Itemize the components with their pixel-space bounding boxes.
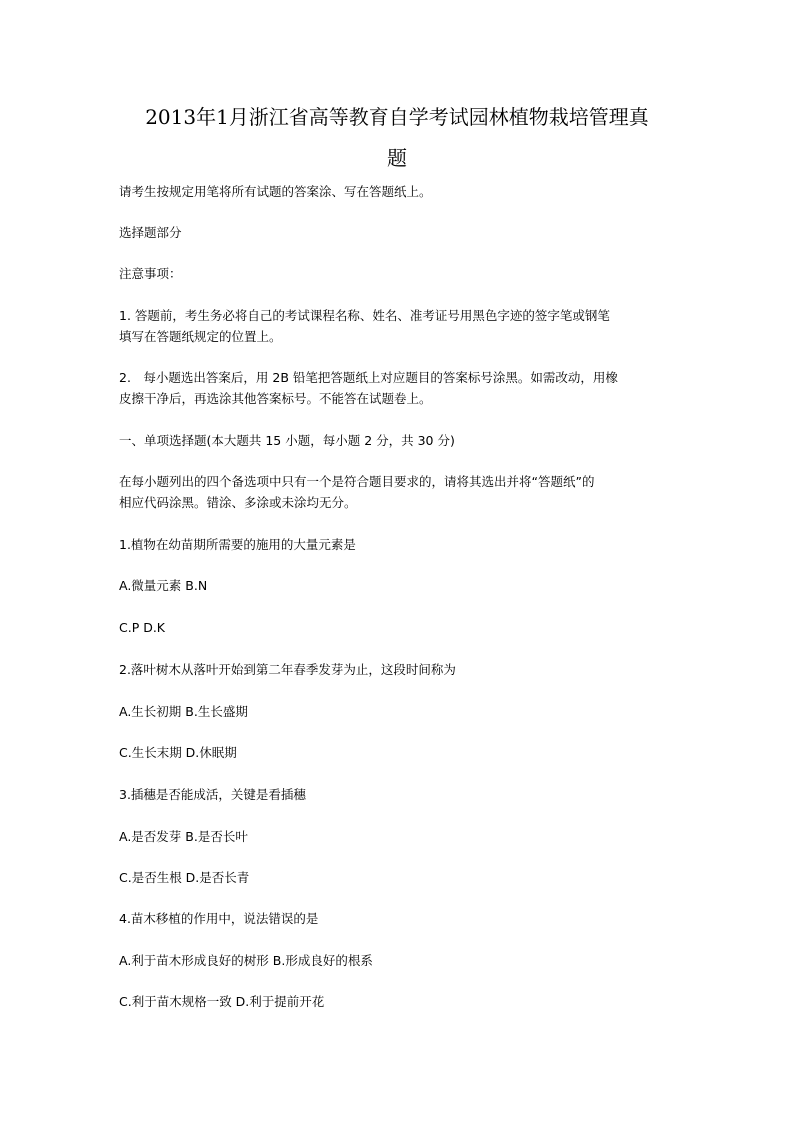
question-4-options-cd: C.利于苗木规格一致 D.利于提前开花 bbox=[119, 991, 679, 1012]
question-1-stem: 1.植物在幼苗期所需要的施用的大量元素是 bbox=[119, 534, 679, 555]
question-3-stem: 3.插穗是否能成活，关键是看插穗 bbox=[119, 784, 679, 805]
part1-desc-line2: 相应代码涂黑。错涂、多涂或未涂均无分。 bbox=[119, 492, 679, 513]
question-2-options-cd: C.生长末期 D.休眠期 bbox=[119, 742, 679, 763]
note-1-line1: 1. 答题前，考生务必将自己的考试课程名称、姓名、准考证号用黑色字迹的签字笔或钢… bbox=[119, 305, 679, 326]
question-3-options-ab: A.是否发芽 B.是否长叶 bbox=[119, 826, 679, 847]
instruction-text: 请考生按规定用笔将所有试题的答案涂、写在答题纸上。 bbox=[119, 181, 679, 202]
note-2-line2: 皮擦干净后，再选涂其他答案标号。不能答在试题卷上。 bbox=[119, 388, 679, 409]
section-label: 选择题部分 bbox=[119, 222, 679, 243]
question-4-stem: 4.苗木移植的作用中，说法错误的是 bbox=[119, 908, 679, 929]
part1-desc-line1: 在每小题列出的四个备选项中只有一个是符合题目要求的，请将其选出并将“答题纸”的 bbox=[119, 471, 679, 492]
question-2-stem: 2.落叶树木从落叶开始到第二年春季发芽为止，这段时间称为 bbox=[119, 659, 679, 680]
note-2-line1: 2. 每小题选出答案后，用 2B 铅笔把答题纸上对应题目的答案标号涂黑。如需改动… bbox=[119, 367, 679, 388]
question-1-options-cd: C.P D.K bbox=[119, 617, 679, 638]
notes-label: 注意事项： bbox=[119, 263, 679, 284]
document-title-line2: 题 bbox=[100, 146, 694, 170]
question-1-options-ab: A.微量元素 B.N bbox=[119, 575, 679, 596]
question-2-options-ab: A.生长初期 B.生长盛期 bbox=[119, 701, 679, 722]
question-4-options-ab: A.利于苗木形成良好的树形 B.形成良好的根系 bbox=[119, 950, 679, 971]
question-3-options-cd: C.是否生根 D.是否长青 bbox=[119, 867, 679, 888]
document-title-line1: 2013年1月浙江省高等教育自学考试园林植物栽培管理真 bbox=[100, 105, 694, 129]
part1-heading: 一、单项选择题(本大题共 15 小题，每小题 2 分，共 30 分) bbox=[119, 430, 679, 451]
note-1-line2: 填写在答题纸规定的位置上。 bbox=[119, 326, 679, 347]
document-page: 2013年1月浙江省高等教育自学考试园林植物栽培管理真 题 请考生按规定用笔将所… bbox=[0, 0, 794, 1123]
